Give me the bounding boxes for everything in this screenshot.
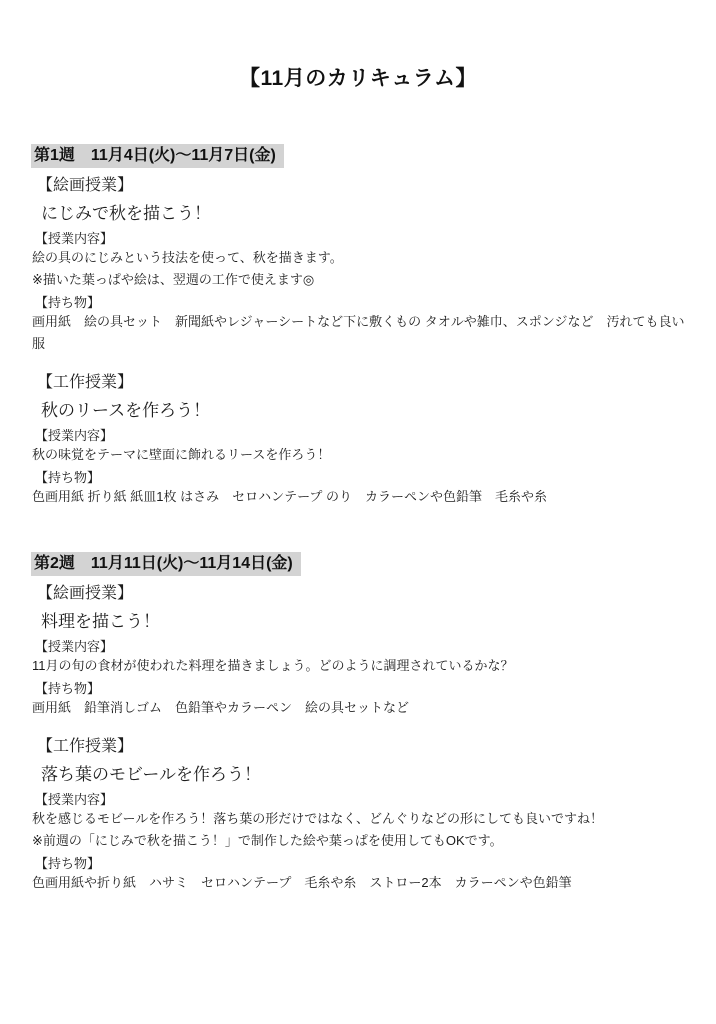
curriculum-page: 【11月のカリキュラム】 第1週 11月4日(火)～11月7日(金) 【絵画授業… bbox=[0, 0, 716, 1024]
content-line: 絵の具のにじみという技法を使って、秋を描きます。 bbox=[32, 247, 685, 269]
content-line: ※描いた葉っぱや絵は、翌週の工作で使えます◎ bbox=[32, 269, 685, 291]
content-line: ※前週の「にじみで秋を描こう！」で制作した絵や葉っぱを使用してもOKです。 bbox=[32, 830, 685, 852]
craft-class-title: 秋のリースを作ろう！ bbox=[41, 400, 685, 422]
content-label: 【授業内容】 bbox=[35, 791, 685, 808]
content-line: 11月の旬の食材が使われた料理を描きましょう。どのように調理されているかな？ bbox=[32, 655, 685, 677]
items-label: 【持ち物】 bbox=[35, 294, 685, 311]
painting-class-label: 【絵画授業】 bbox=[37, 584, 685, 604]
week-2-heading: 第2週 11月11日(火)～11月14日(金) bbox=[31, 552, 301, 576]
items-label: 【持ち物】 bbox=[35, 680, 685, 697]
week-2-painting-section: 【絵画授業】 料理を描こう！ 【授業内容】 11月の旬の食材が使われた料理を描き… bbox=[31, 584, 685, 719]
content-line: 秋を感じるモビールを作ろう！落ち葉の形だけではなく、どんぐりなどの形にしても良い… bbox=[32, 808, 685, 830]
content-label: 【授業内容】 bbox=[35, 427, 685, 444]
week-1-craft-section: 【工作授業】 秋のリースを作ろう！ 【授業内容】 秋の味覚をテーマに壁面に飾れる… bbox=[31, 373, 685, 508]
content-label: 【授業内容】 bbox=[35, 230, 685, 247]
week-1-heading: 第1週 11月4日(火)～11月7日(金) bbox=[31, 144, 284, 168]
craft-class-title: 落ち葉のモビールを作ろう！ bbox=[41, 764, 685, 786]
items-line: 色画用紙 折り紙 紙皿1枚 はさみ セロハンテープ のり カラーペンや色鉛筆 毛… bbox=[32, 486, 685, 508]
items-line: 画用紙 絵の具セット 新聞紙やレジャーシートなど下に敷くもの タオルや雑巾、スポ… bbox=[32, 311, 685, 355]
week-2-craft-section: 【工作授業】 落ち葉のモビールを作ろう！ 【授業内容】 秋を感じるモビールを作ろ… bbox=[31, 737, 685, 894]
content-line: 秋の味覚をテーマに壁面に飾れるリースを作ろう！ bbox=[32, 444, 685, 466]
items-label: 【持ち物】 bbox=[35, 469, 685, 486]
painting-class-label: 【絵画授業】 bbox=[37, 176, 685, 196]
painting-class-title: 料理を描こう！ bbox=[41, 611, 685, 633]
week-2-block: 第2週 11月11日(火)～11月14日(金) 【絵画授業】 料理を描こう！ 【… bbox=[31, 552, 685, 894]
week-1-painting-section: 【絵画授業】 にじみで秋を描こう！ 【授業内容】 絵の具のにじみという技法を使っ… bbox=[31, 176, 685, 355]
painting-class-title: にじみで秋を描こう！ bbox=[41, 203, 685, 225]
content-label: 【授業内容】 bbox=[35, 638, 685, 655]
items-line: 色画用紙や折り紙 ハサミ セロハンテープ 毛糸や糸 ストロー2本 カラーペンや色… bbox=[32, 872, 685, 894]
items-label: 【持ち物】 bbox=[35, 855, 685, 872]
items-line: 画用紙 鉛筆消しゴム 色鉛筆やカラーペン 絵の具セットなど bbox=[32, 697, 685, 719]
week-1-block: 第1週 11月4日(火)～11月7日(金) 【絵画授業】 にじみで秋を描こう！ … bbox=[31, 144, 685, 508]
craft-class-label: 【工作授業】 bbox=[37, 373, 685, 393]
page-title: 【11月のカリキュラム】 bbox=[31, 64, 685, 94]
craft-class-label: 【工作授業】 bbox=[37, 737, 685, 757]
